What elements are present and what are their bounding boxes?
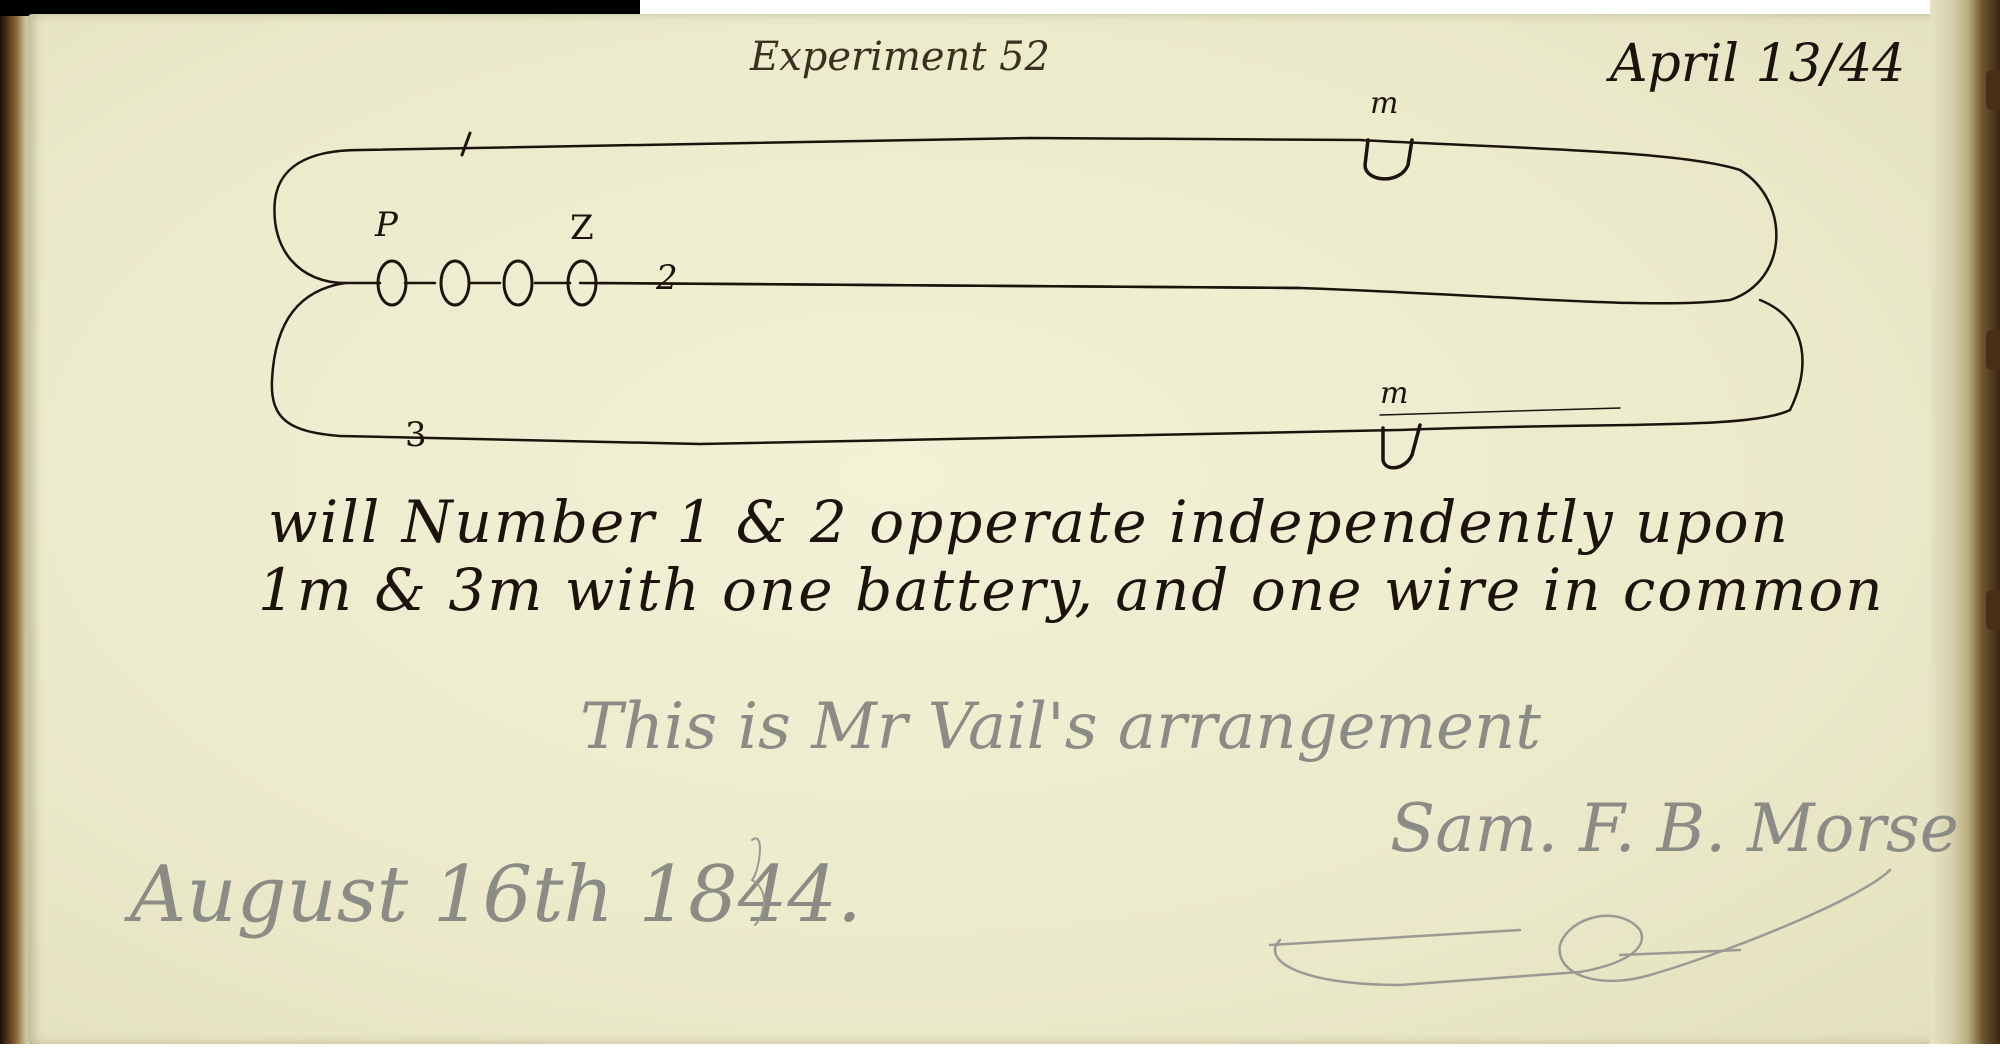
- flourish-stroke: [1275, 870, 1890, 985]
- signature-flourish: [0, 0, 2000, 1054]
- scan-border-bottom: [0, 1044, 2000, 1054]
- brace-mark: [752, 838, 764, 925]
- flourish-underline: [1270, 930, 1520, 945]
